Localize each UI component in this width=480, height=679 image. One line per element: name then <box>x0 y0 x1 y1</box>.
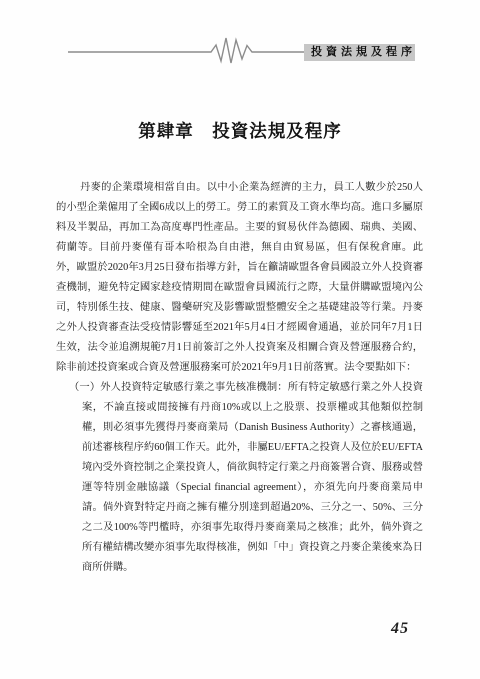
page-number: 45 <box>391 620 409 638</box>
list-item-text: 外人投資特定敏感行業之事先核准機制：所有特定敏感行業之外人投資案，不論直接或間接… <box>82 382 423 573</box>
chapter-title: 第肆章 投資法規及程序 <box>0 118 480 143</box>
page-header: 投資法規及程序 <box>0 0 480 70</box>
document-page: 投資法規及程序 第肆章 投資法規及程序 丹麥的企業環境相當自由。以中小企業為經濟… <box>0 0 480 679</box>
list-item: （一）外人投資特定敏感行業之事先核准機制：所有特定敏感行業之外人投資案，不論直接… <box>82 378 423 578</box>
paragraph: 丹麥的企業環境相當自由。以中小企業為經濟的主力，員工人數少於250人的小型企業僱… <box>56 178 423 378</box>
body-text: 丹麥的企業環境相當自由。以中小企業為經濟的主力，員工人數少於250人的小型企業僱… <box>56 178 423 578</box>
section-label: 投資法規及程序 <box>304 44 415 61</box>
list-item-marker: （一） <box>69 382 100 393</box>
